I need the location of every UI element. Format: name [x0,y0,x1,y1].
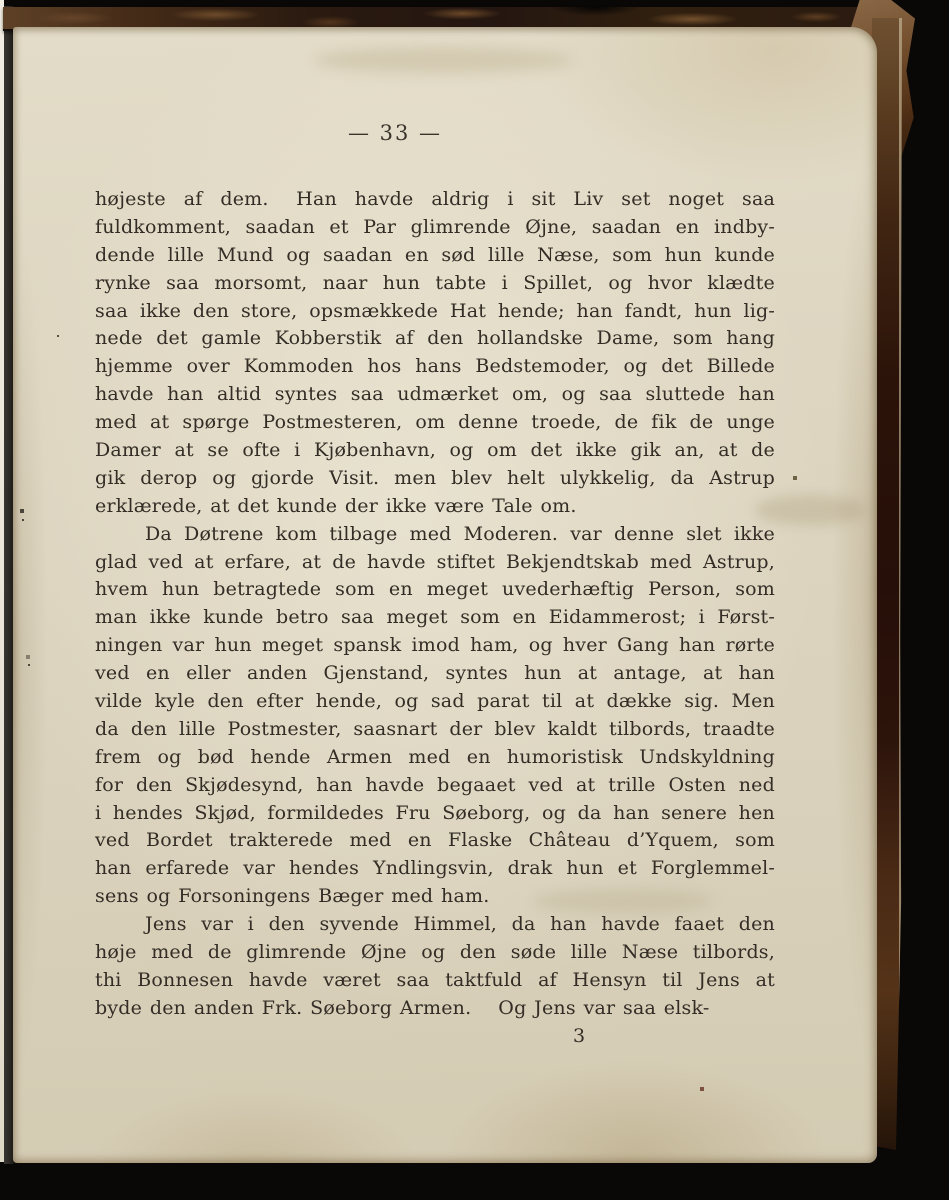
text-line: høje med de glimrende Øjne og den søde l… [95,939,775,967]
text-line: thi Bonnesen havde været saa taktfuld af… [95,967,775,995]
text-line: med at spørge Postmesteren, om denne tro… [95,409,775,437]
text-line: byde den anden Frk. Søeborg Armen. Og Je… [95,995,775,1023]
text-line: fuldkomment, saadan et Par glimrende Øjn… [95,214,775,242]
text-line: for den Skjødesynd, han havde begaaet ve… [95,772,775,800]
text-line: Jens var i den syvende Himmel, da han ha… [95,911,775,939]
text-line: erklærede, at det kunde der ikke være Ta… [95,493,775,521]
stain [313,47,573,73]
text-line: ningen var hun meget spansk imod ham, og… [95,632,775,660]
text-line: højeste af dem. Han havde aldrig i sit L… [95,186,775,214]
running-head-page-number: — 33 — [13,121,777,145]
text-line: ved en eller anden Gjenstand, syntes hun… [95,660,775,688]
signature-mark: 3 [95,1023,775,1051]
book-page: — 33 — højeste af dem. Han havde aldrig … [13,27,877,1163]
text-line: saa ikke den store, opsmækkede Hat hende… [95,298,775,326]
text-line: da den lille Postmester, saasnart der bl… [95,716,775,744]
text-line: ved Bordet trakterede med en Flaske Chât… [95,827,775,855]
text-line: frem og bød hende Armen med en humoristi… [95,744,775,772]
text-line: Damer at se ofte i Kjøbenhavn, og om det… [95,437,775,465]
ink-specks [13,27,15,29]
text-line: havde han altid syntes saa udmærket om, … [95,381,775,409]
text-line: hvem hun betragtede som en meget uvederh… [95,576,775,604]
text-line: Da Døtrene kom tilbage med Moderen. var … [95,521,775,549]
text-line: hjemme over Kommoden hos hans Bedstemode… [95,353,775,381]
text-line: sens og Forsoningens Bæger med ham. [95,883,775,911]
text-line: dende lille Mund og saadan en sød lille … [95,242,775,270]
text-line: man ikke kunde betro saa meget som en Ei… [95,604,775,632]
text-line: rynke saa morsomt, naar hun tabte i Spil… [95,270,775,298]
body-text: højeste af dem. Han havde aldrig i sit L… [95,186,775,1051]
text-line: gik derop og gjorde Visit. men blev helt… [95,465,775,493]
text-line: glad ved at erfare, at de havde stiftet … [95,549,775,577]
text-line: han erfarede var hendes Yndlingsvin, dra… [95,855,775,883]
text-line: i hendes Skjød, formildedes Fru Søeborg,… [95,800,775,828]
text-line: vilde kyle den efter hende, og sad parat… [95,688,775,716]
text-line: nede det gamle Kobberstik af den holland… [95,325,775,353]
